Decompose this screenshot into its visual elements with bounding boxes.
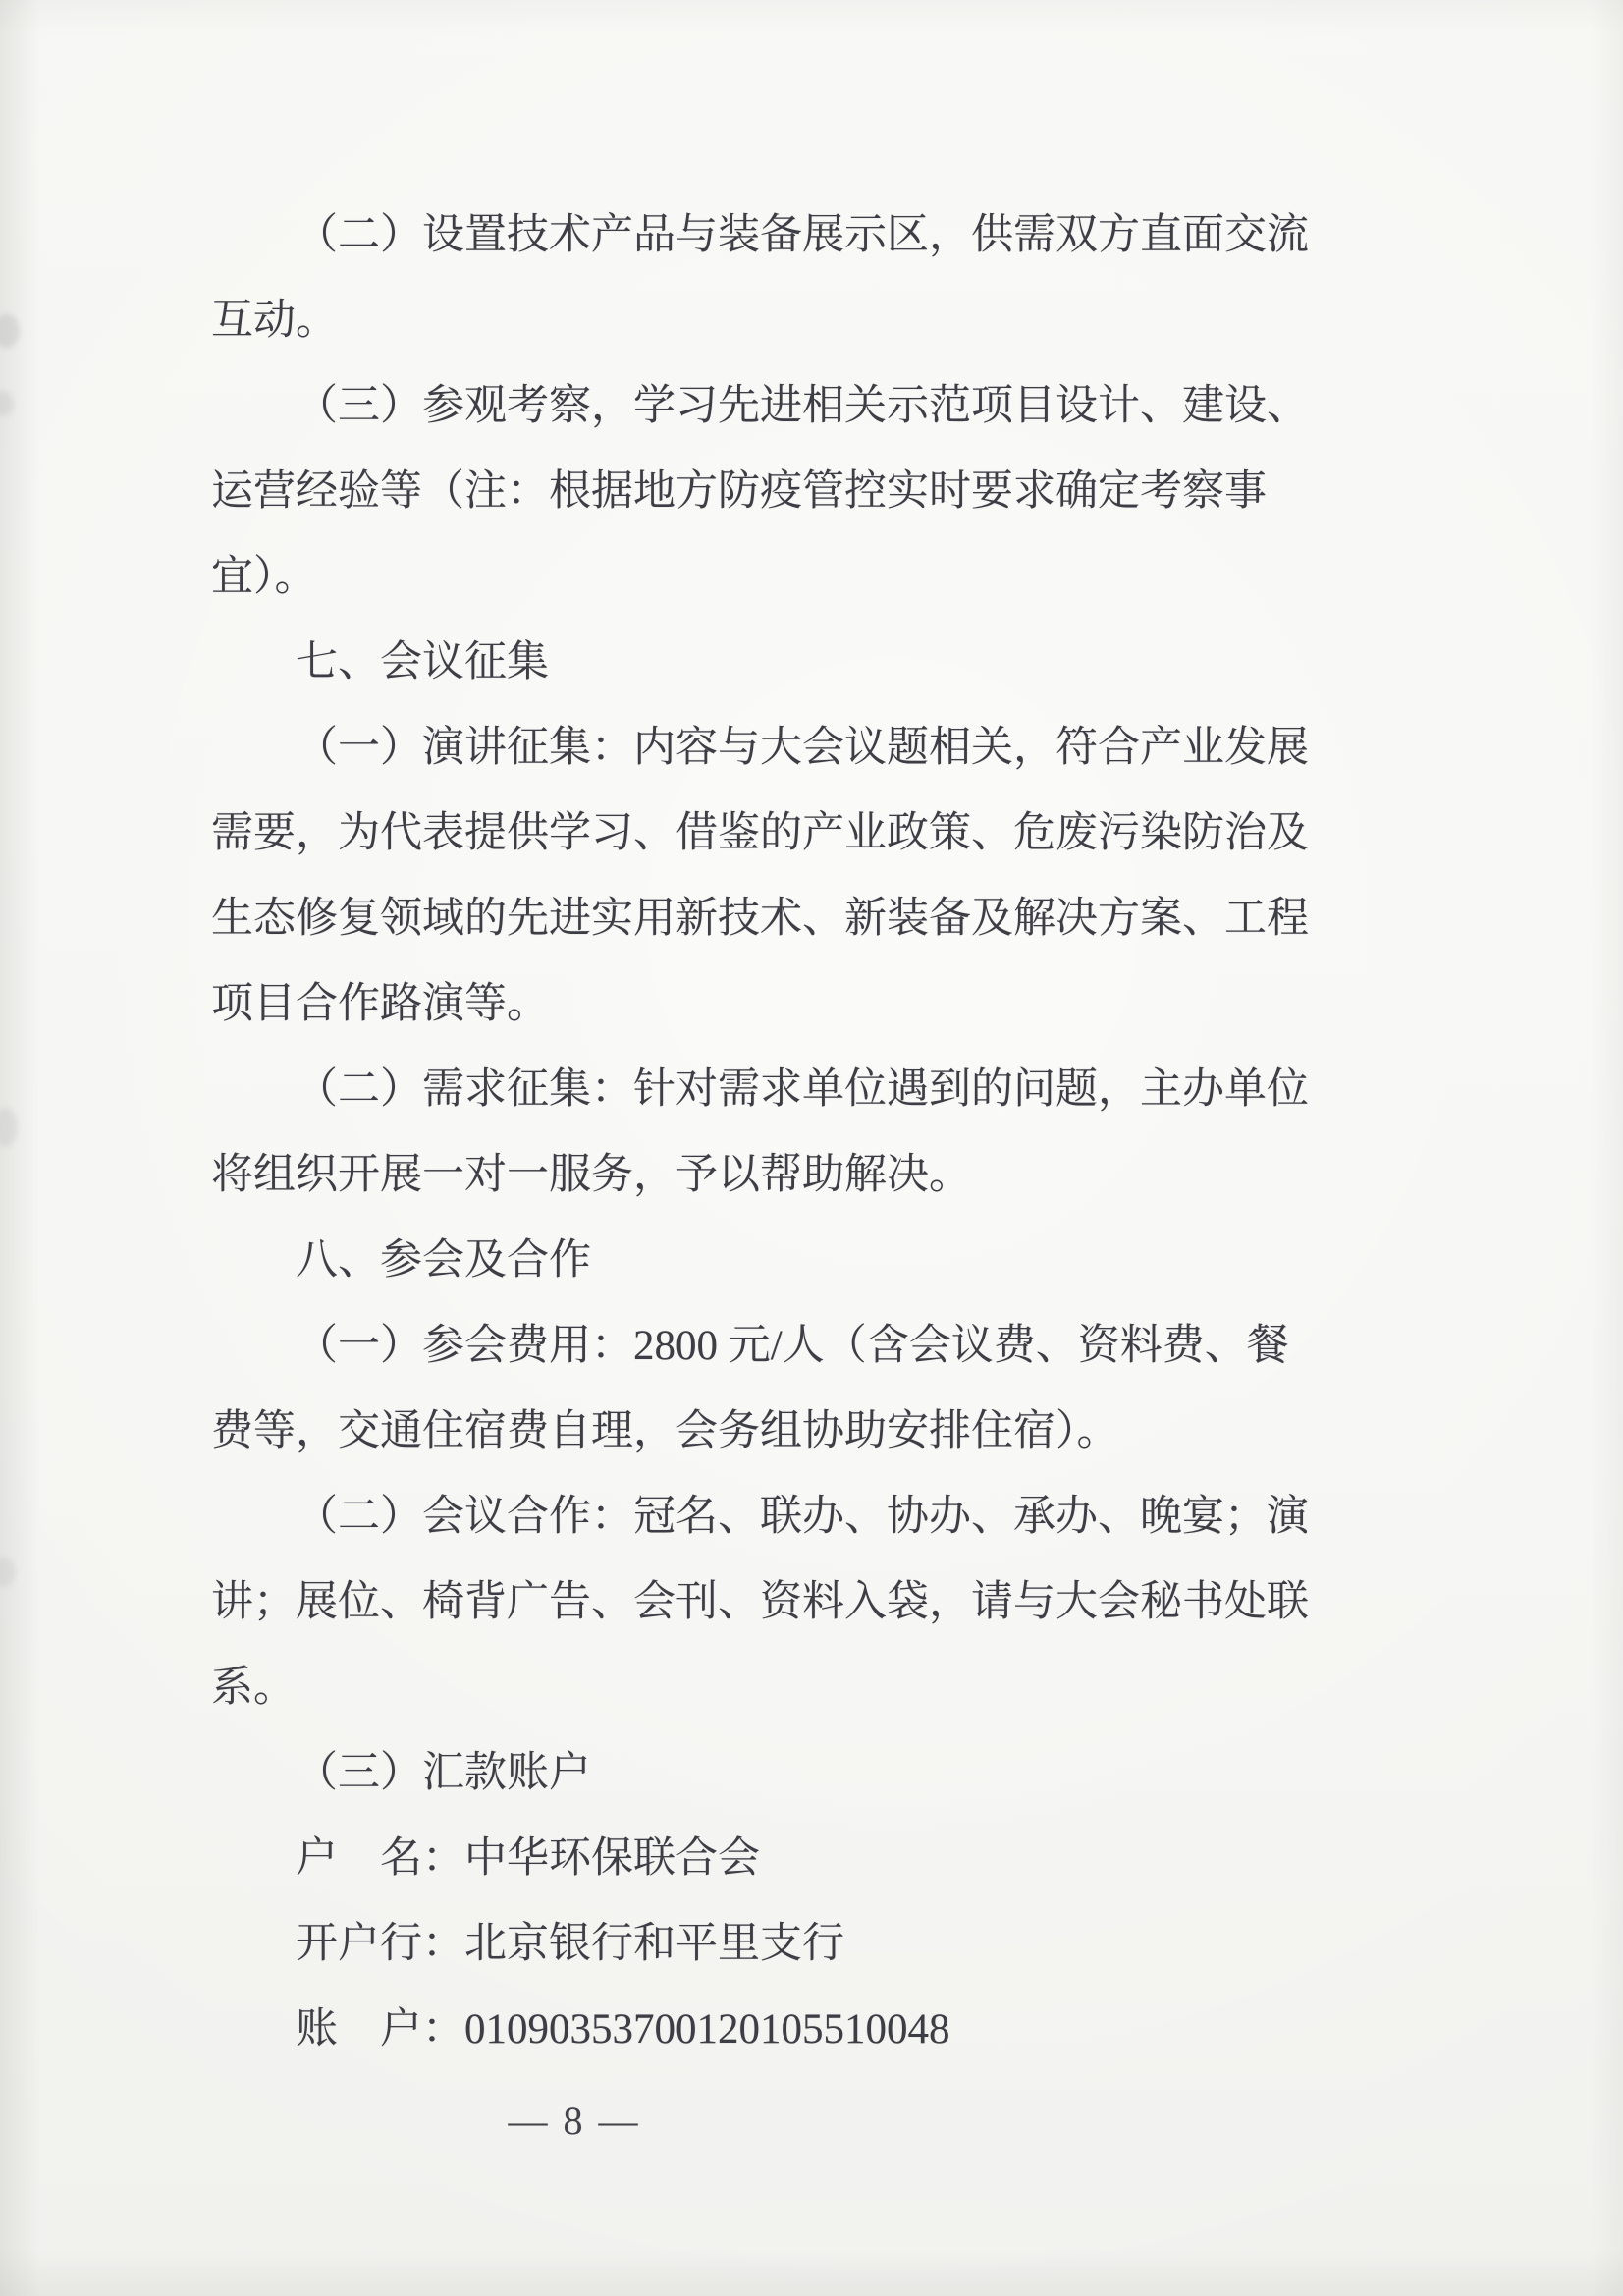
text-line: 系。 (211, 1645, 1392, 1730)
text-line: （一）参会费用：2800 元/人（含会议费、资料费、餐 (211, 1303, 1392, 1389)
account-holder-line: 户 名：中华环保联合会 (211, 1816, 1392, 1901)
scan-smudge (0, 1108, 18, 1147)
text-line: （二）会议合作：冠名、联办、协办、承办、晚宴；演 (211, 1474, 1392, 1559)
text-line: 需要，为代表提供学习、借鉴的产业政策、危废污染防治及 (211, 791, 1392, 876)
text-line: 宜）。 (211, 534, 1392, 620)
text-line: （二）需求征集：针对需求单位遇到的问题，主办单位 (211, 1047, 1392, 1132)
scan-smudge (0, 391, 14, 416)
scan-smudge (0, 1558, 16, 1587)
remittance-heading-line: （三）汇款账户 (211, 1730, 1392, 1816)
text-line: 讲；展位、椅背广告、会刊、资料入袋，请与大会秘书处联 (211, 1559, 1392, 1645)
text-line: 生态修复领域的先进实用新技术、新装备及解决方案、工程 (211, 876, 1392, 961)
text-line: （二）设置技术产品与装备展示区，供需双方直面交流 (211, 192, 1392, 278)
text-line: 将组织开展一对一服务，予以帮助解决。 (211, 1132, 1392, 1218)
section-8-heading-line: 八、参会及合作 (211, 1218, 1392, 1303)
text-line: 互动。 (211, 278, 1392, 363)
section-7-heading-line: 七、会议征集 (211, 620, 1392, 705)
account-number-line: 账 户：01090353700120105510048 (211, 1987, 1392, 2072)
text-line: 项目合作路演等。 (211, 961, 1392, 1047)
scanned-document-page: （二）设置技术产品与装备展示区，供需双方直面交流 互动。 （三）参观考察，学习先… (0, 0, 1623, 2296)
text-line: 运营经验等（注：根据地方防疫管控实时要求确定考察事 (211, 449, 1392, 534)
document-body: （二）设置技术产品与装备展示区，供需双方直面交流 互动。 （三）参观考察，学习先… (211, 192, 1392, 2072)
text-line: （一）演讲征集：内容与大会议题相关，符合产业发展 (211, 705, 1392, 791)
text-line: 费等，交通住宿费自理，会务组协助安排住宿）。 (211, 1389, 1392, 1474)
text-line: （三）参观考察，学习先进相关示范项目设计、建设、 (211, 363, 1392, 449)
page-number: — 8 — (509, 2098, 641, 2144)
bank-branch-line: 开户行：北京银行和平里支行 (211, 1901, 1392, 1987)
scan-smudge (0, 314, 20, 348)
